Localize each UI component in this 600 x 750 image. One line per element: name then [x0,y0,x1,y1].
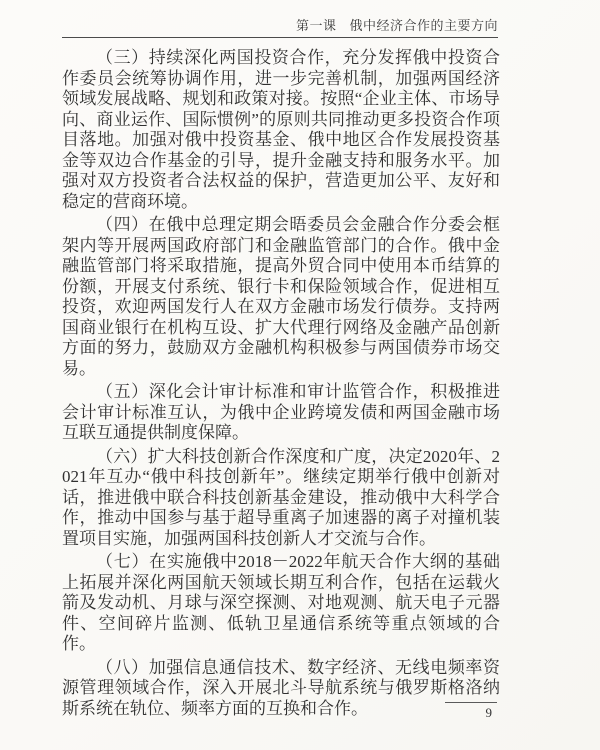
paragraph-8: （八）加强信息通信技术、数字经济、无线电频率资源管理领域合作，深入开展北斗导航系… [62,658,500,720]
body-text: （三）持续深化两国投资合作，充分发挥俄中投资合作委员会统筹协调作用，进一步完善机… [62,48,500,722]
lesson-number: 第一课 [296,18,337,33]
book-page: 第一课俄中经济合作的主要方向 （三）持续深化两国投资合作，充分发挥俄中投资合作委… [0,0,600,750]
paragraph-5: （五）深化会计审计标准和审计监管合作，积极推进会计审计标准互认，为俄中企业跨境发… [62,382,500,444]
chapter-title: 俄中经济合作的主要方向 [349,18,498,33]
page-footer: 9 [445,702,497,721]
paragraph-6: （六）扩大科技创新合作深度和广度，决定2020年、2021年互办“俄中科技创新年… [62,447,500,550]
running-header: 第一课俄中经济合作的主要方向 [62,15,498,34]
paragraph-4: （四）在俄中总理定期会晤委员会金融合作分委会框架内等开展两国政府部门和金融监管部… [62,215,500,379]
paragraph-7: （七）在实施俄中2018－2022年航天合作大纲的基础上拓展并深化两国航天领域长… [62,552,500,655]
page-number: 9 [445,705,497,721]
header-rule [62,37,498,38]
paragraph-3: （三）持续深化两国投资合作，充分发挥俄中投资合作委员会统筹协调作用，进一步完善机… [62,48,500,212]
